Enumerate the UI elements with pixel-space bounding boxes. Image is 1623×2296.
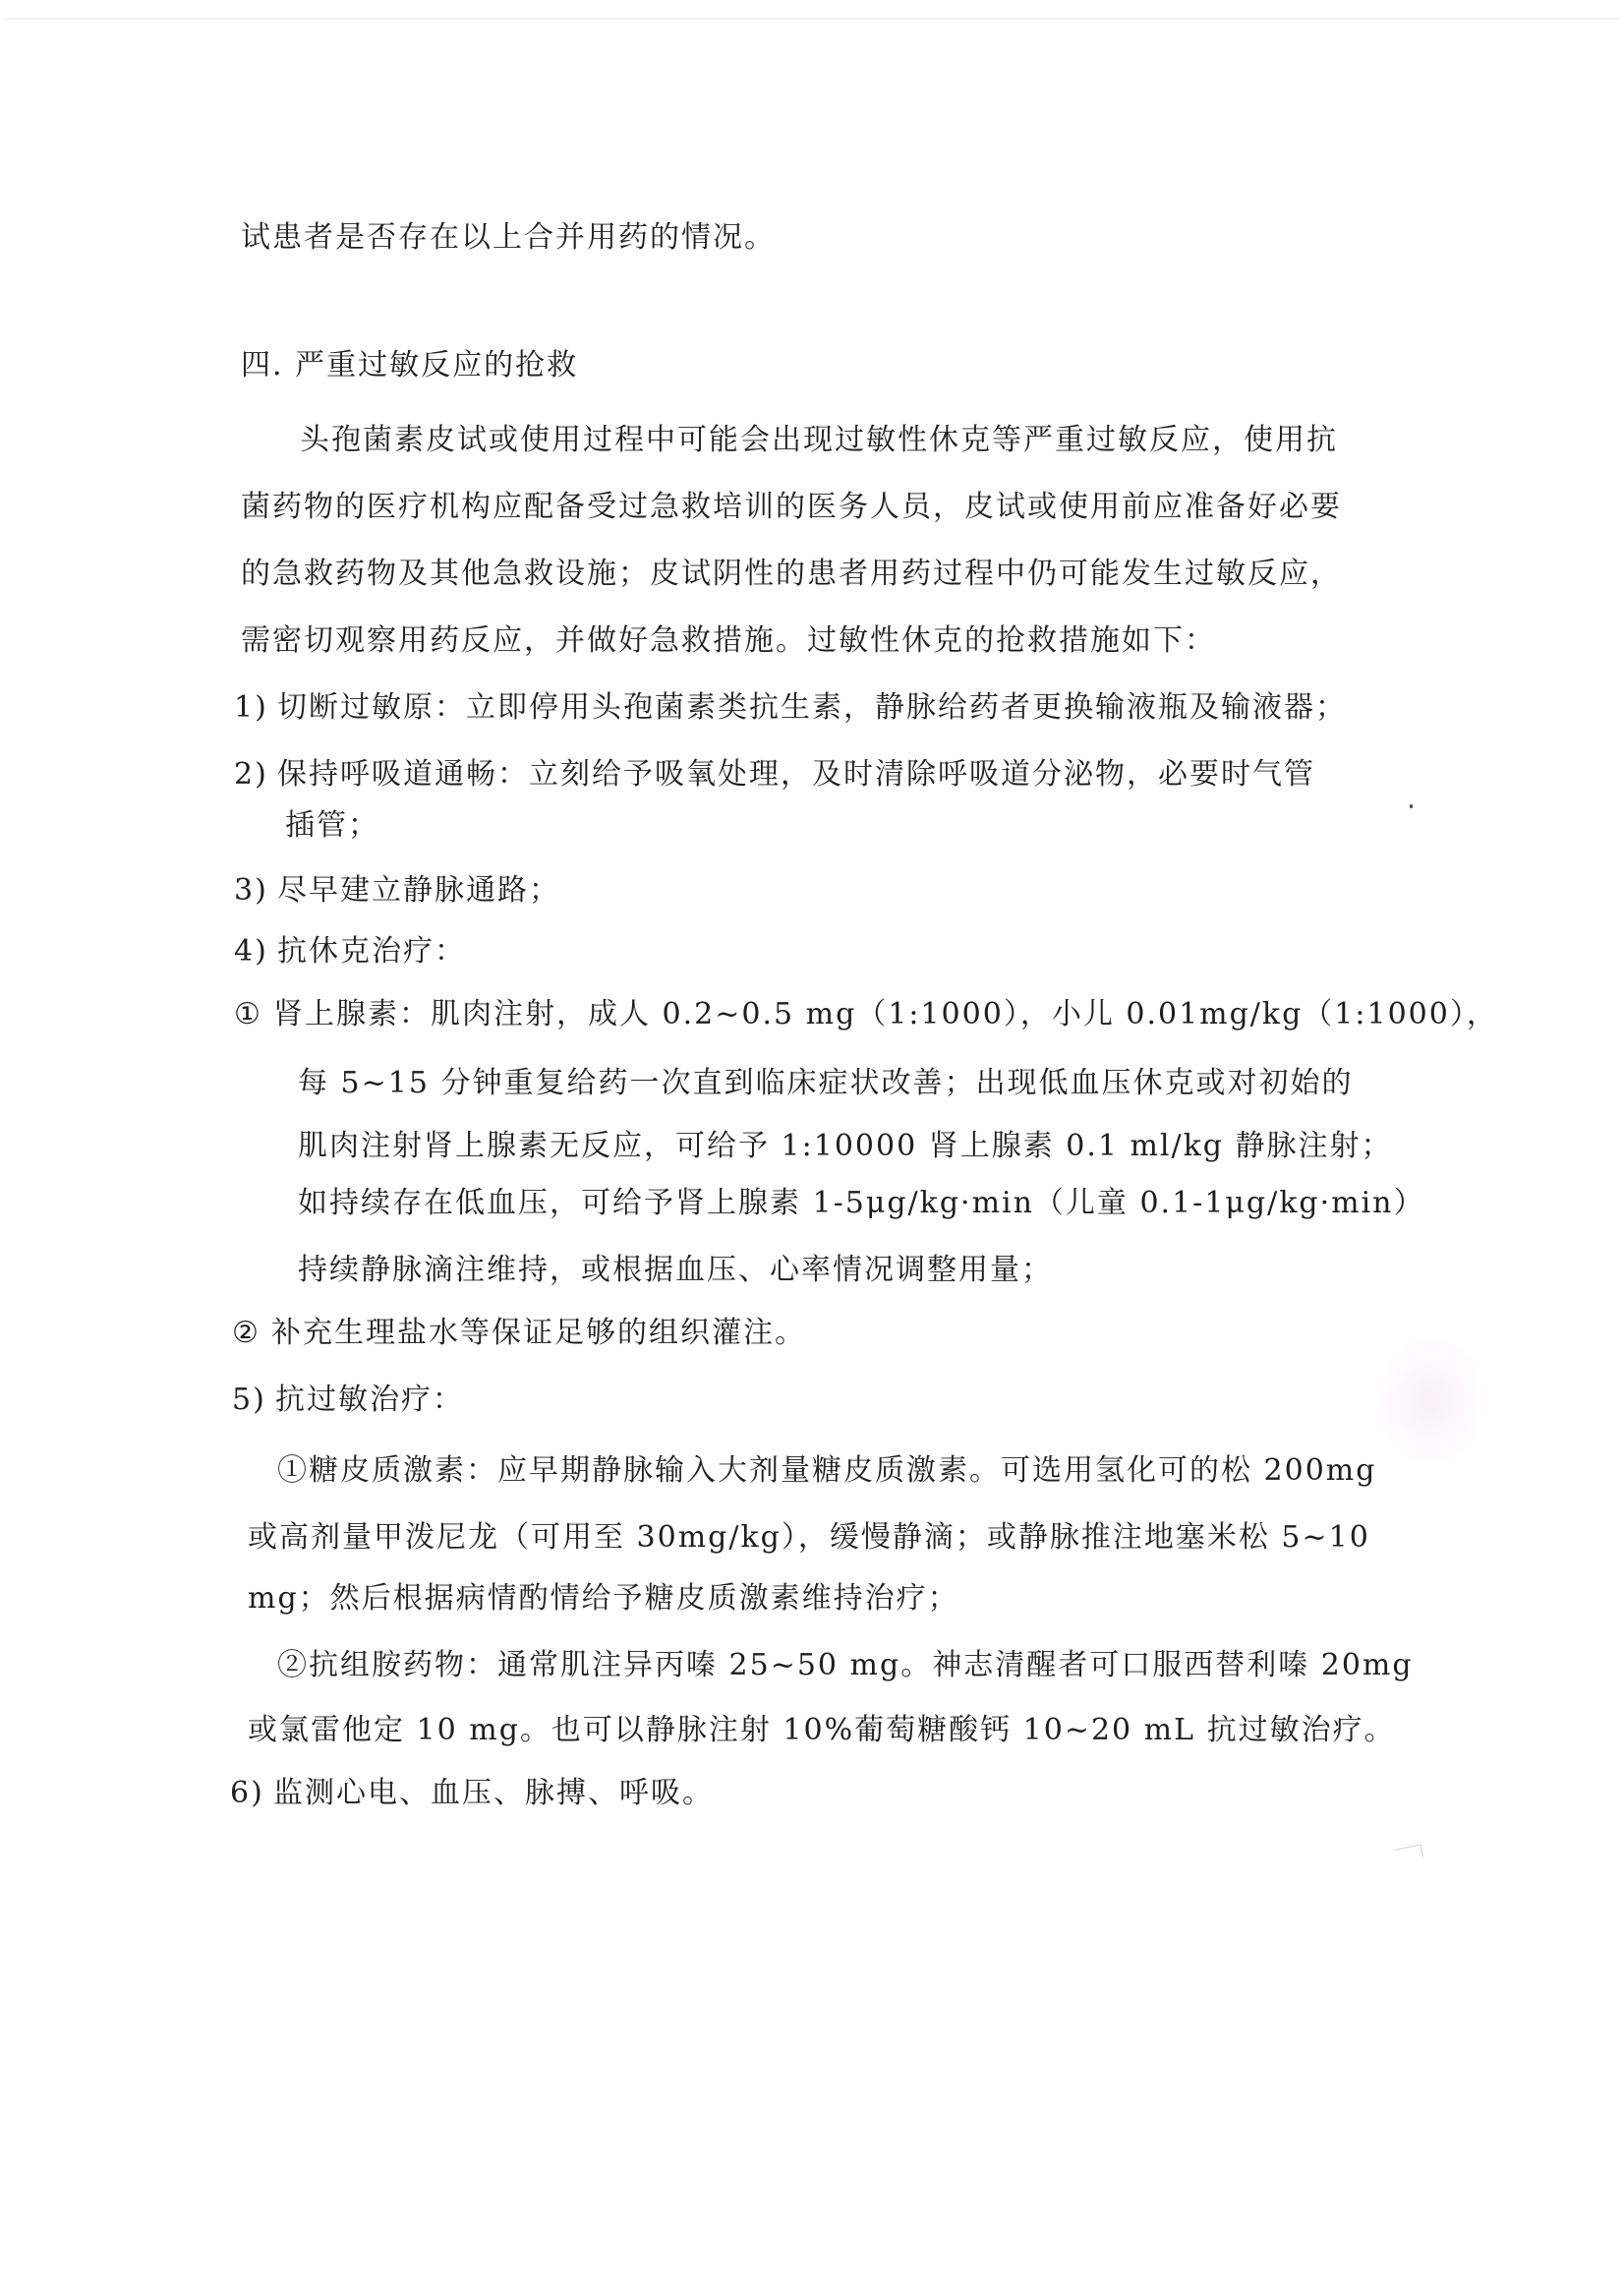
sub-text: 糖皮质激素：应早期静脉输入大剂量糖皮质激素。可选用氢化可的松 200mg [309,1453,1376,1488]
step-marker: 1) [234,688,277,728]
step-text: 保持呼吸道通畅：立刻给予吸氧处理，及时清除呼吸道分泌物，必要时气管 [277,757,1315,792]
step-4-sub-1-line-5: 持续静脉滴注维持，或根据血压、心率情况调整用量； [298,1251,1053,1290]
step-text: 监测心电、血压、脉搏、呼吸。 [273,1776,714,1810]
step-4-sub-1-line-4: 如持续存在低血压，可给予肾上腺素 1-5μg/kg·min（儿童 0.1-1μg… [298,1184,1425,1223]
step-marker: 3) [234,871,277,911]
step-text: 抗休克治疗： [277,934,466,969]
intro-line-2: 菌药物的医疗机构应配备受过急救培训的医务人员，皮试或使用前应准备好必要 [241,488,1342,527]
step-5-sub-2-line-2: 或氯雷他定 10 mg。也可以静脉注射 10%葡萄糖酸钙 10~20 mL 抗过… [248,1711,1396,1750]
step-2: 2)保持呼吸道通畅：立刻给予吸氧处理，及时清除呼吸道分泌物，必要时气管 [234,755,1315,795]
step-5-sub-1: ①糖皮质激素：应早期静脉输入大剂量糖皮质激素。可选用氢化可的松 200mg [277,1451,1376,1491]
step-4: 4)抗休克治疗： [234,932,466,971]
section-heading: 四. 严重过敏反应的抢救 [241,346,578,385]
step-5: 5)抗过敏治疗： [232,1381,464,1420]
step-3: 3)尽早建立静脉通路； [234,871,560,911]
circled-marker: ② [232,1314,271,1353]
sub-text: 补充生理盐水等保证足够的组织灌注。 [271,1316,806,1350]
step-2-continuation: 插管； [285,806,379,846]
step-6: 6)监测心电、血压、脉搏、呼吸。 [230,1774,714,1813]
intro-line-4: 需密切观察用药反应，并做好急救措施。过敏性休克的抢救措施如下： [241,621,1216,661]
step-marker: 6) [230,1774,273,1813]
step-4-sub-1-line-2: 每 5~15 分钟重复给药一次直到临床症状改善；出现低血压休克或对初始的 [298,1064,1353,1103]
scan-mark [1395,1844,1423,1861]
step-4-sub-1: ①肾上腺素：肌肉注射，成人 0.2~0.5 mg（1:1000），小儿 0.01… [234,995,1498,1034]
intro-line-3: 的急救药物及其他急救设施；皮试阴性的患者用药过程中仍可能发生过敏反应， [241,555,1342,594]
step-marker: 2) [234,755,277,795]
circled-marker: ① [234,995,273,1034]
step-text: 尽早建立静脉通路； [277,873,560,908]
step-5-sub-1-line-3: mg；然后根据病情酌情给予糖皮质激素维持治疗； [248,1579,959,1619]
sub-text: 肾上腺素：肌肉注射，成人 0.2~0.5 mg（1:1000），小儿 0.01m… [273,997,1498,1031]
step-text: 切断过敏原：立即停用头孢菌素类抗生素，静脉给药者更换输液瓶及输液器； [277,690,1347,725]
intro-line-1: 头孢菌素皮试或使用过程中可能会出现过敏性休克等严重过敏反应，使用抗 [300,421,1338,460]
scan-edge-line [6,18,1618,20]
circled-marker: ② [277,1648,309,1682]
step-4-sub-2: ②补充生理盐水等保证足够的组织灌注。 [232,1314,806,1353]
continuation-text: 试患者是否存在以上合并用药的情况。 [241,218,776,258]
step-marker: 4) [234,932,277,971]
circled-marker: ① [277,1453,309,1488]
step-text: 抗过敏治疗： [275,1383,464,1417]
step-5-sub-2: ②抗组胺药物：通常肌注异丙嗪 25~50 mg。神志清醒者可口服西替利嗪 20m… [277,1646,1414,1685]
step-5-sub-1-line-2: 或高剂量甲泼尼龙（可用至 30mg/kg），缓慢静滴；或静脉推注地塞米松 5~1… [248,1518,1370,1558]
step-marker: 5) [232,1381,275,1420]
step-1: 1)切断过敏原：立即停用头孢菌素类抗生素，静脉给药者更换输液瓶及输液器； [234,688,1347,728]
sub-text: 抗组胺药物：通常肌注异丙嗪 25~50 mg。神志清醒者可口服西替利嗪 20mg [309,1648,1414,1682]
step-4-sub-1-line-3: 肌肉注射肾上腺素无反应，可给予 1:10000 肾上腺素 0.1 ml/kg 静… [298,1127,1393,1166]
scan-smudge [1376,1337,1484,1465]
scan-speck [1410,804,1413,808]
